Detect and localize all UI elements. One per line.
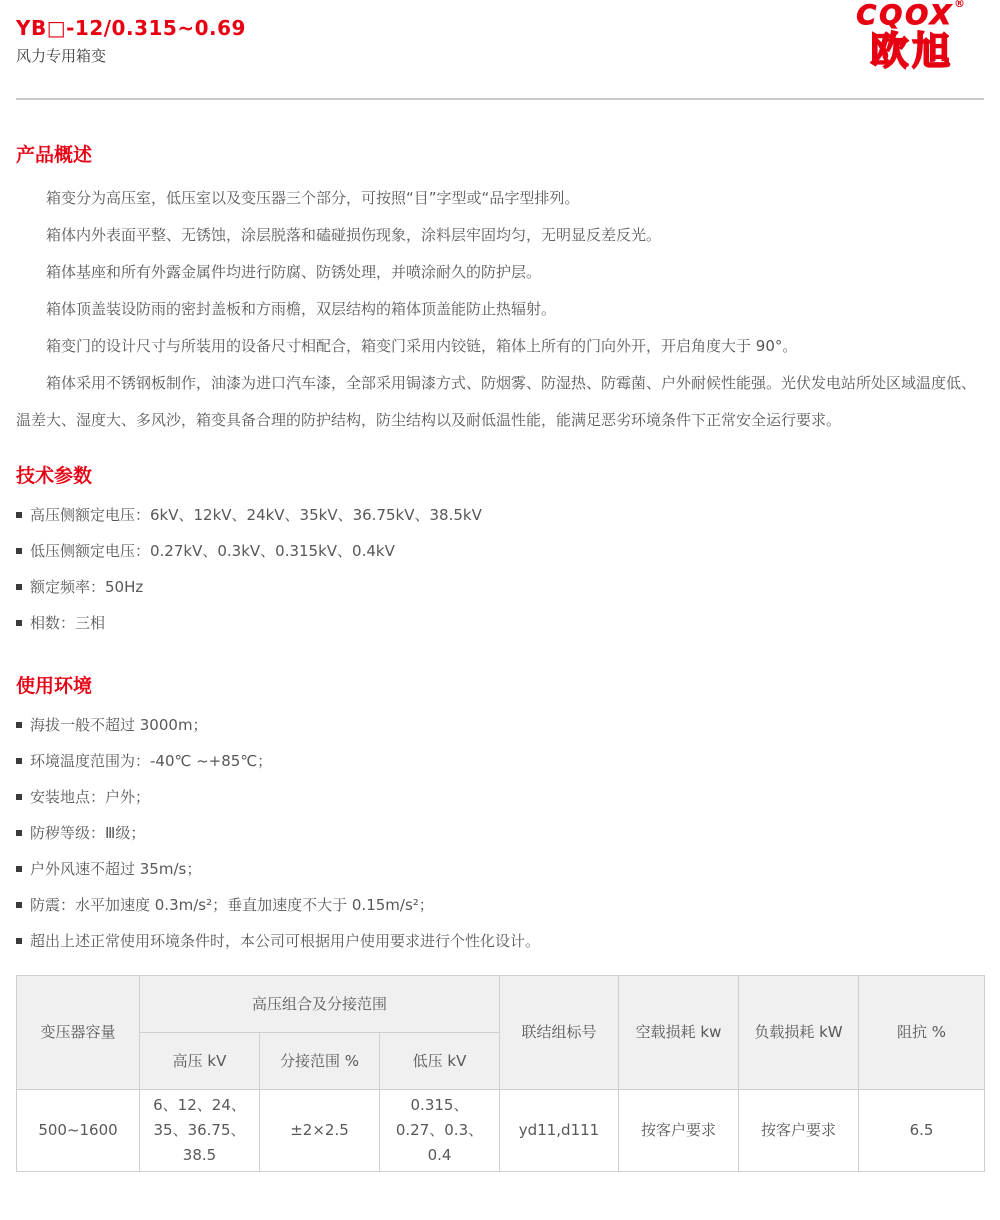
registered-trademark-icon: ® xyxy=(954,0,968,10)
environment-item: 户外风速不超过 35m/s； xyxy=(16,851,984,887)
square-bullet-icon xyxy=(16,584,22,590)
logo-wordmark: CQOX® xyxy=(856,2,968,29)
logo-text-cn: 欧旭 xyxy=(856,32,968,70)
overview-paragraph: 箱体顶盖装设防雨的密封盖板和方雨檐，双层结构的箱体顶盖能防止热辐射。 xyxy=(16,291,984,328)
environment-item: 环境温度范围为：-40℃ ~+85℃； xyxy=(16,743,984,779)
section-title-tech-params: 技术参数 xyxy=(16,463,984,489)
spec-table: 变压器容量 高压组合及分接范围 联结组标号 空载损耗 kw 负载损耗 kW 阻抗… xyxy=(16,975,985,1172)
logo-text-en: CQOX xyxy=(856,0,954,31)
tech-param-item: 低压侧额定电压：0.27kV、0.3kV、0.315kV、0.4kV xyxy=(16,533,984,569)
square-bullet-icon xyxy=(16,758,22,764)
table-header-vector-group: 联结组标号 xyxy=(500,976,619,1090)
overview-paragraph: 箱变门的设计尺寸与所装用的设备尺寸相配合，箱变门采用内铰链，箱体上所有的门向外开… xyxy=(16,328,984,365)
square-bullet-icon xyxy=(16,512,22,518)
environment-text: 环境温度范围为：-40℃ ~+85℃； xyxy=(30,752,272,770)
environment-item: 防秽等级：Ⅲ级； xyxy=(16,815,984,851)
environment-text: 户外风速不超过 35m/s； xyxy=(30,860,201,878)
square-bullet-icon xyxy=(16,866,22,872)
table-header-load-loss: 负载损耗 kW xyxy=(739,976,859,1090)
model-title: YB□-12/0.315~0.69 xyxy=(16,16,984,40)
brand-logo: CQOX® 欧旭 xyxy=(856,2,968,70)
section-environment: 使用环境 海拔一般不超过 3000m； 环境温度范围为：-40℃ ~+85℃； … xyxy=(16,673,984,959)
environment-text: 超出上述正常使用环境条件时，本公司可根据用户使用要求进行个性化设计。 xyxy=(30,932,540,950)
square-bullet-icon xyxy=(16,830,22,836)
section-title-environment: 使用环境 xyxy=(16,673,984,699)
section-title-overview: 产品概述 xyxy=(16,142,984,168)
section-tech-params: 技术参数 高压侧额定电压：6kV、12kV、24kV、35kV、36.75kV、… xyxy=(16,463,984,641)
cell-noload-loss: 按客户要求 xyxy=(619,1090,739,1172)
header-divider xyxy=(16,98,984,100)
table-header-hv: 高压 kV xyxy=(140,1033,260,1090)
table-header-capacity: 变压器容量 xyxy=(17,976,140,1090)
environment-text: 防震：水平加速度 0.3m/s²；垂直加速度不大于 0.15m/s²； xyxy=(30,896,434,914)
doc-header: YB□-12/0.315~0.69 风力专用箱变 CQOX® 欧旭 xyxy=(16,0,984,66)
square-bullet-icon xyxy=(16,794,22,800)
environment-text: 防秽等级：Ⅲ级； xyxy=(30,824,145,842)
environment-item: 海拔一般不超过 3000m； xyxy=(16,707,984,743)
square-bullet-icon xyxy=(16,548,22,554)
square-bullet-icon xyxy=(16,620,22,626)
table-header-impedance: 阻抗 % xyxy=(859,976,985,1090)
table-data-row: 500~1600 6、12、24、35、36.75、38.5 ±2×2.5 0.… xyxy=(17,1090,985,1172)
environment-list: 海拔一般不超过 3000m； 环境温度范围为：-40℃ ~+85℃； 安装地点：… xyxy=(16,707,984,959)
square-bullet-icon xyxy=(16,722,22,728)
overview-paragraph: 箱变分为高压室，低压室以及变压器三个部分，可按照“目”字型或“品字型排列。 xyxy=(16,180,984,217)
overview-paragraph: 箱体内外表面平整、无锈蚀，涂层脱落和磕碰损伤现象，涂料层牢固均匀，无明显反差反光… xyxy=(16,217,984,254)
environment-item: 超出上述正常使用环境条件时，本公司可根据用户使用要求进行个性化设计。 xyxy=(16,923,984,959)
tech-param-text: 低压侧额定电压：0.27kV、0.3kV、0.315kV、0.4kV xyxy=(30,542,395,560)
overview-paragraph: 箱体采用不锈钢板制作，油漆为进口汽车漆，全部采用锔漆方式、防烟雾、防湿热、防霉菌… xyxy=(16,365,984,439)
product-spec-page: { "colors": { "accent_red": "#e60012", "… xyxy=(0,0,1000,1220)
table-header-noload-loss: 空载损耗 kw xyxy=(619,976,739,1090)
tech-param-item: 高压侧额定电压：6kV、12kV、24kV、35kV、36.75kV、38.5k… xyxy=(16,497,984,533)
square-bullet-icon xyxy=(16,902,22,908)
tech-param-text: 额定频率：50Hz xyxy=(30,578,143,596)
table-header-hv-group: 高压组合及分接范围 xyxy=(140,976,500,1033)
section-overview: 产品概述 箱变分为高压室，低压室以及变压器三个部分，可按照“目”字型或“品字型排… xyxy=(16,142,984,439)
cell-load-loss: 按客户要求 xyxy=(739,1090,859,1172)
environment-text: 安装地点：户外； xyxy=(30,788,150,806)
overview-paragraph: 箱体基座和所有外露金属件均进行防腐、防锈处理，并喷涂耐久的防护层。 xyxy=(16,254,984,291)
cell-lv: 0.315、0.27、0.3、0.4 xyxy=(380,1090,500,1172)
tech-param-item: 相数：三相 xyxy=(16,605,984,641)
cell-impedance: 6.5 xyxy=(859,1090,985,1172)
product-subtitle: 风力专用箱变 xyxy=(16,46,984,66)
environment-item: 防震：水平加速度 0.3m/s²；垂直加速度不大于 0.15m/s²； xyxy=(16,887,984,923)
table-header-tap-range: 分接范围 % xyxy=(260,1033,380,1090)
square-bullet-icon xyxy=(16,938,22,944)
tech-param-item: 额定频率：50Hz xyxy=(16,569,984,605)
table-header-row-1: 变压器容量 高压组合及分接范围 联结组标号 空载损耗 kw 负载损耗 kW 阻抗… xyxy=(17,976,985,1033)
environment-text: 海拔一般不超过 3000m； xyxy=(30,716,208,734)
tech-param-text: 相数：三相 xyxy=(30,614,105,632)
cell-hv: 6、12、24、35、36.75、38.5 xyxy=(140,1090,260,1172)
tech-param-text: 高压侧额定电压：6kV、12kV、24kV、35kV、36.75kV、38.5k… xyxy=(30,506,482,524)
environment-item: 安装地点：户外； xyxy=(16,779,984,815)
tech-params-list: 高压侧额定电压：6kV、12kV、24kV、35kV、36.75kV、38.5k… xyxy=(16,497,984,641)
cell-capacity: 500~1600 xyxy=(17,1090,140,1172)
cell-tap-range: ±2×2.5 xyxy=(260,1090,380,1172)
table-header-lv: 低压 kV xyxy=(380,1033,500,1090)
page-container: YB□-12/0.315~0.69 风力专用箱变 CQOX® 欧旭 产品概述 箱… xyxy=(0,0,1000,1172)
cell-vector-group: yd11,d111 xyxy=(500,1090,619,1172)
